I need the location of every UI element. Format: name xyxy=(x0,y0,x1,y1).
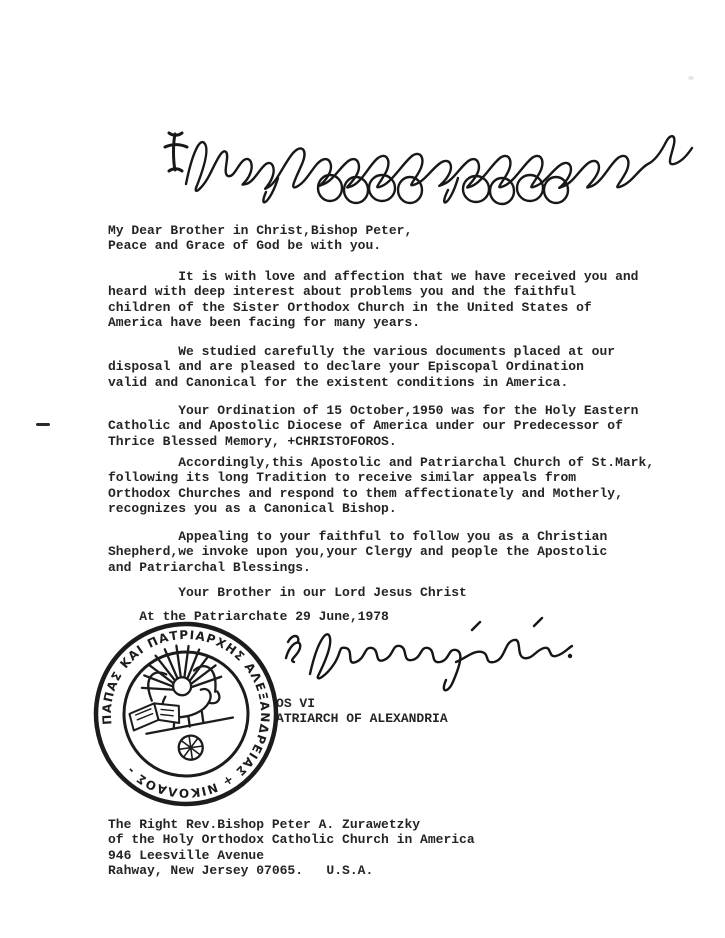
scan-speck xyxy=(688,76,694,80)
scanned-letter-page: My Dear Brother in Christ,Bishop Peter, … xyxy=(0,0,725,938)
paragraph-3: Your Ordination of 15 October,1950 was f… xyxy=(108,403,639,449)
recipient-address: The Right Rev.Bishop Peter A. Zurawetzky… xyxy=(108,817,475,879)
paragraph-1: It is with love and affection that we ha… xyxy=(108,269,639,331)
seal-stamp: ΠΑΠΑΣ ΚΑΙ ΠΑΤΡΙΑΡΧΗΣ ΑΛΕΞΑΝΔΡΕΙΑΣ + ΝΙΚΟ… xyxy=(90,618,282,810)
calligraphic-heading-script xyxy=(158,120,698,208)
cross-icon xyxy=(165,133,187,171)
paragraph-4: Accordingly,this Apostolic and Patriarch… xyxy=(108,455,654,517)
closing-line: Your Brother in our Lord Jesus Christ xyxy=(108,585,467,600)
salutation: My Dear Brother in Christ,Bishop Peter, … xyxy=(108,223,412,254)
handwritten-signature-script xyxy=(276,612,576,700)
stray-dash-mark xyxy=(36,423,50,426)
paragraph-2: We studied carefully the various documen… xyxy=(108,344,615,390)
paragraph-5: Appealing to your faithful to follow you… xyxy=(108,529,607,575)
